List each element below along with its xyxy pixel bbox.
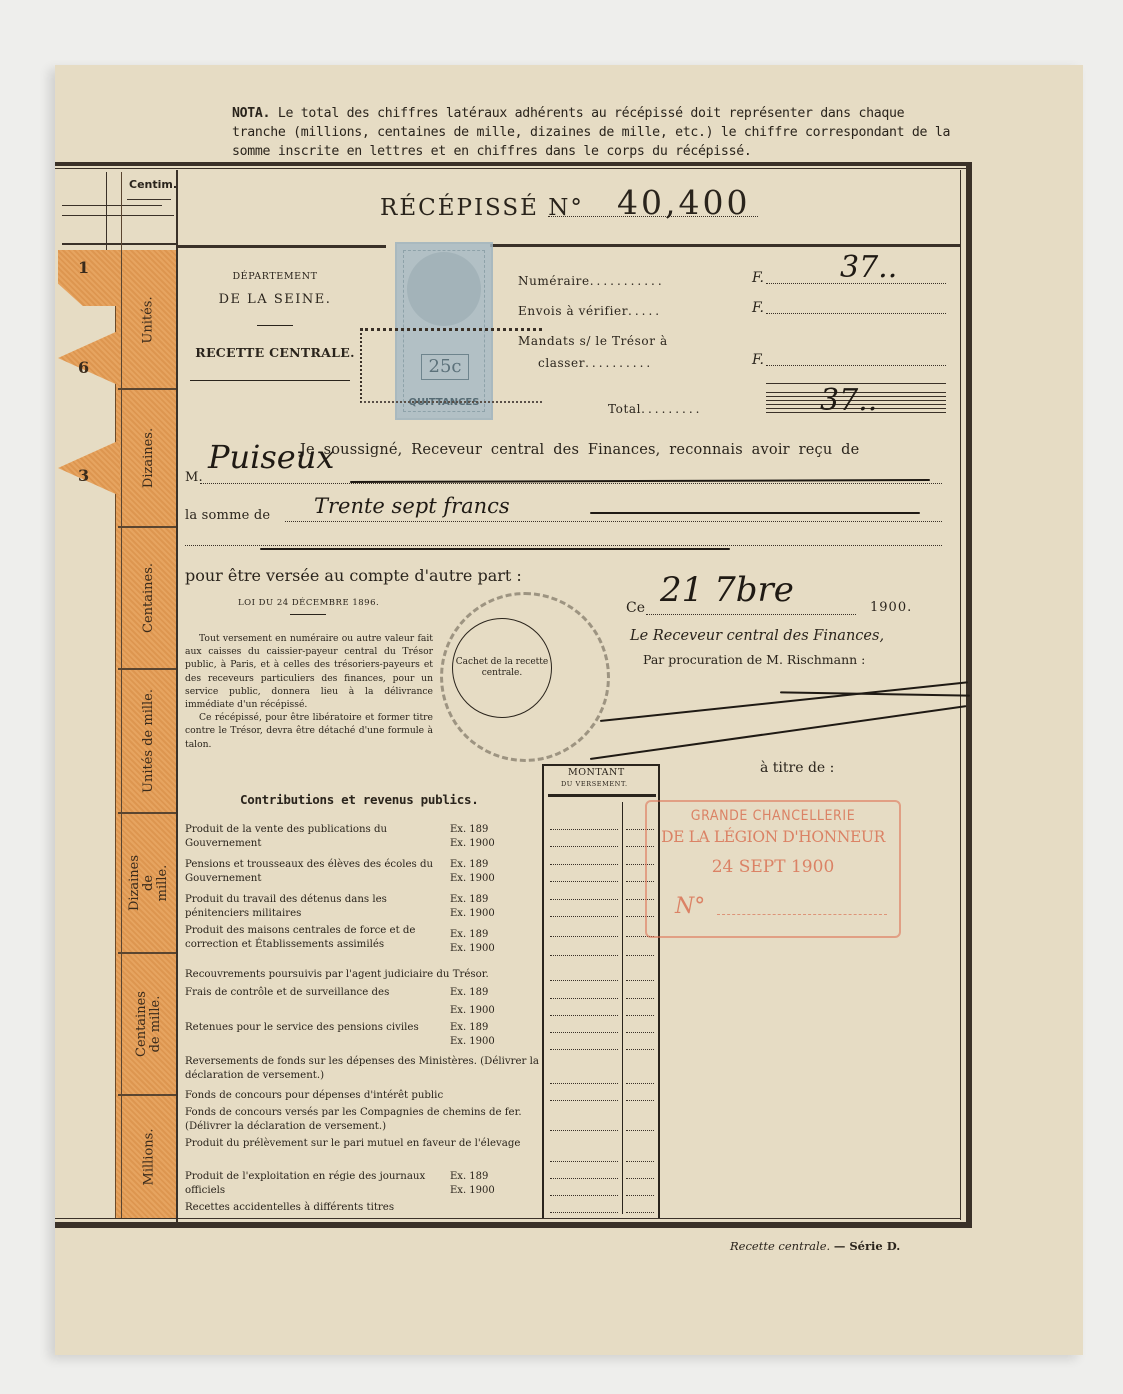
- procuration-text: Par procuration de M. Rischmann :: [643, 652, 865, 667]
- sum-field-line: [285, 521, 942, 522]
- date-field-line: [646, 614, 856, 615]
- montant-field[interactable]: [550, 899, 618, 900]
- frame-border-top: [55, 162, 970, 166]
- department-name: DE LA SEINE.: [180, 292, 370, 307]
- contribution-row: Retenues pour le service des pensions ci…: [185, 1021, 540, 1035]
- montant-field[interactable]: [550, 1049, 618, 1050]
- perforation-cancel-mark: [360, 328, 542, 403]
- nota-notice: NOTA. Le total des chiffres latéraux adh…: [232, 104, 962, 161]
- montant-field[interactable]: [550, 1100, 618, 1101]
- montant-field[interactable]: [550, 998, 618, 999]
- contribution-row: Produit de la vente des publications du …: [185, 823, 540, 850]
- contributions-title: Contributions et revenus publics.: [240, 792, 478, 807]
- stamp-number-label: N°: [675, 894, 705, 919]
- centim-rule: [62, 215, 174, 216]
- centim-rule: [62, 205, 162, 206]
- montant-field[interactable]: [550, 1130, 618, 1131]
- montant-cents-field[interactable]: [626, 1178, 654, 1179]
- montant-field[interactable]: [550, 980, 618, 981]
- montant-cents-field[interactable]: [626, 980, 654, 981]
- legion-honneur-stamp: GRANDE CHANCELLERIE DE LA LÉGION D'HONNE…: [645, 800, 901, 938]
- date-prefix: Ce: [626, 600, 645, 616]
- montant-field[interactable]: [550, 1015, 618, 1016]
- amount-field-envois[interactable]: [766, 313, 946, 314]
- contribution-row: Frais de contrôle et de surveillance des…: [185, 986, 540, 1000]
- counterfoil-section-tens: Dizaines.: [122, 390, 176, 526]
- centim-underline: [127, 199, 171, 200]
- footer-series: — Série D.: [834, 1239, 900, 1253]
- receipt-number: 40,400: [617, 183, 750, 222]
- counterfoil-section-thousands: Unités de mille.: [122, 670, 176, 812]
- currency-label: F.: [752, 300, 764, 316]
- office-flourish: [190, 380, 350, 381]
- nota-label: NOTA.: [232, 106, 270, 121]
- montant-cents-field[interactable]: [626, 1100, 654, 1101]
- purpose-text: pour être versée au compte d'autre part …: [185, 566, 522, 585]
- contribution-row: Recettes accidentelles à différents titr…: [185, 1201, 540, 1215]
- amount-field-mandats[interactable]: [766, 365, 946, 366]
- montant-column: [542, 764, 660, 1218]
- montant-cents-field[interactable]: [626, 955, 654, 956]
- montant-field[interactable]: [550, 955, 618, 956]
- counterfoil-section-units: Unités.: [122, 252, 176, 388]
- receipt-statement: Je soussigné, Receveur central des Finan…: [300, 442, 859, 458]
- header-rule: [490, 244, 960, 247]
- montant-field[interactable]: [550, 881, 618, 882]
- amount-value-numeraire: 37..: [840, 250, 897, 285]
- contribution-row: Pensions et trousseaux des élèves des éc…: [185, 858, 540, 885]
- centim-label: Centim.: [129, 178, 177, 191]
- stamp-date: 24 SEPT 1900: [647, 857, 899, 877]
- montant-field[interactable]: [550, 1032, 618, 1033]
- montant-cents-field[interactable]: [626, 1032, 654, 1033]
- counterfoil-digit: 6: [78, 358, 89, 377]
- contribution-row: Fonds de concours pour dépenses d'intérê…: [185, 1089, 540, 1103]
- counterfoil-section-hundred-thousands: Centaines de mille.: [122, 954, 176, 1094]
- footer-office: Recette centrale.: [730, 1239, 830, 1253]
- montant-field[interactable]: [550, 864, 618, 865]
- montant-subheader: DU VERSEMENT.: [561, 780, 628, 788]
- montant-cents-field[interactable]: [626, 1212, 654, 1213]
- pen-stroke: [260, 548, 730, 550]
- amount-row-envois: Envois à vérifier.....: [518, 304, 662, 318]
- header-rule: [178, 245, 386, 248]
- montant-cents-field[interactable]: [626, 1130, 654, 1131]
- sum-in-words[interactable]: Trente sept francs: [314, 494, 510, 518]
- counterfoil-section-hundreds: Centaines.: [122, 528, 176, 668]
- contribution-row: Reversements de fonds sur les dépenses d…: [185, 1055, 540, 1082]
- contribution-row: Produit des maisons centrales de force e…: [185, 924, 540, 951]
- counterfoil-section-ten-thousands: Dizaines de mille.: [122, 814, 176, 952]
- montant-field[interactable]: [550, 1178, 618, 1179]
- montant-field[interactable]: [550, 1083, 618, 1084]
- currency-label: F.: [752, 352, 764, 368]
- series-footer: Recette centrale. — Série D.: [730, 1239, 900, 1253]
- counterfoil-digit: 1: [78, 258, 89, 277]
- sum-label: la somme de: [185, 508, 270, 523]
- strip-border: [176, 170, 178, 1222]
- montant-cents-field[interactable]: [626, 1195, 654, 1196]
- cachet-circle: Cachet de la recette centrale.: [452, 618, 552, 718]
- contribution-row: Produit du prélèvement sur le pari mutue…: [185, 1137, 540, 1151]
- contribution-row: Produit du travail des détenus dans les …: [185, 893, 540, 920]
- montant-cents-field[interactable]: [626, 1049, 654, 1050]
- nota-text: Le total des chiffres latéraux adhérents…: [232, 106, 950, 159]
- signatory-title: Le Receveur central des Finances,: [630, 628, 884, 644]
- amount-row-numeraire: Numéraire...........: [518, 274, 665, 288]
- sum-field-line-2: [185, 545, 942, 546]
- montant-rule: [548, 794, 656, 797]
- strip-rule: [106, 172, 107, 252]
- montant-cents-field[interactable]: [626, 1083, 654, 1084]
- pen-stroke: [590, 512, 920, 514]
- stamp-line-1: GRANDE CHANCELLERIE: [647, 808, 899, 824]
- montant-field[interactable]: [550, 1212, 618, 1213]
- frame-border-bottom-inner: [55, 1218, 961, 1219]
- montant-field[interactable]: [550, 829, 618, 830]
- receipt-title: RÉCÉPISSÉ N°: [380, 195, 584, 221]
- law-reference: LOI DU 24 DÉCEMBRE 1896.: [238, 598, 379, 608]
- centim-bar: [62, 243, 176, 245]
- montant-field[interactable]: [550, 1195, 618, 1196]
- law-paragraph: Tout versement en numéraire ou autre val…: [185, 632, 433, 751]
- montant-cents-field[interactable]: [626, 1161, 654, 1162]
- contribution-row: Recouvrements poursuivis par l'agent jud…: [185, 968, 540, 982]
- montant-centimes-divider: [622, 802, 623, 1214]
- total-value[interactable]: 37..: [820, 383, 877, 418]
- marianne-portrait-icon: [407, 252, 481, 326]
- contribution-row: Produit de l'exploitation en régie des j…: [185, 1170, 540, 1197]
- date-handwritten[interactable]: 21 7bre: [660, 570, 794, 610]
- contribution-row: Fonds de concours versés par les Compagn…: [185, 1106, 540, 1133]
- montant-cents-field[interactable]: [626, 998, 654, 999]
- counterfoil-section-millions: Millions.: [122, 1096, 176, 1218]
- department-divider: [257, 325, 293, 326]
- montant-cents-field[interactable]: [626, 1015, 654, 1016]
- counterfoil-digit: 3: [78, 466, 89, 485]
- frame-border-bottom: [55, 1222, 972, 1228]
- amount-row-mandats-cont: classer..........: [538, 356, 653, 370]
- montant-field[interactable]: [550, 916, 618, 917]
- a-titre-label: à titre de :: [760, 760, 834, 776]
- montant-field[interactable]: [550, 1161, 618, 1162]
- law-rule: [290, 614, 326, 615]
- montant-header: MONTANT: [568, 767, 625, 778]
- montant-field[interactable]: [550, 846, 618, 847]
- payer-name[interactable]: Puiseux: [208, 438, 334, 476]
- frame-border-top-inner: [55, 168, 970, 169]
- date-year: 1900.: [870, 600, 912, 615]
- stamp-number-line: [717, 914, 887, 915]
- amount-row-mandats: Mandats s/ le Trésor à: [518, 334, 668, 348]
- montant-field[interactable]: [550, 936, 618, 937]
- office-name: RECETTE CENTRALE.: [180, 345, 370, 360]
- total-row: Total.........: [608, 402, 702, 416]
- department-label: DÉPARTEMENT: [180, 271, 370, 282]
- currency-label: F.: [752, 270, 764, 286]
- payer-field-line: [200, 483, 942, 484]
- stamp-line-2: DE LA LÉGION D'HONNEUR: [647, 828, 899, 846]
